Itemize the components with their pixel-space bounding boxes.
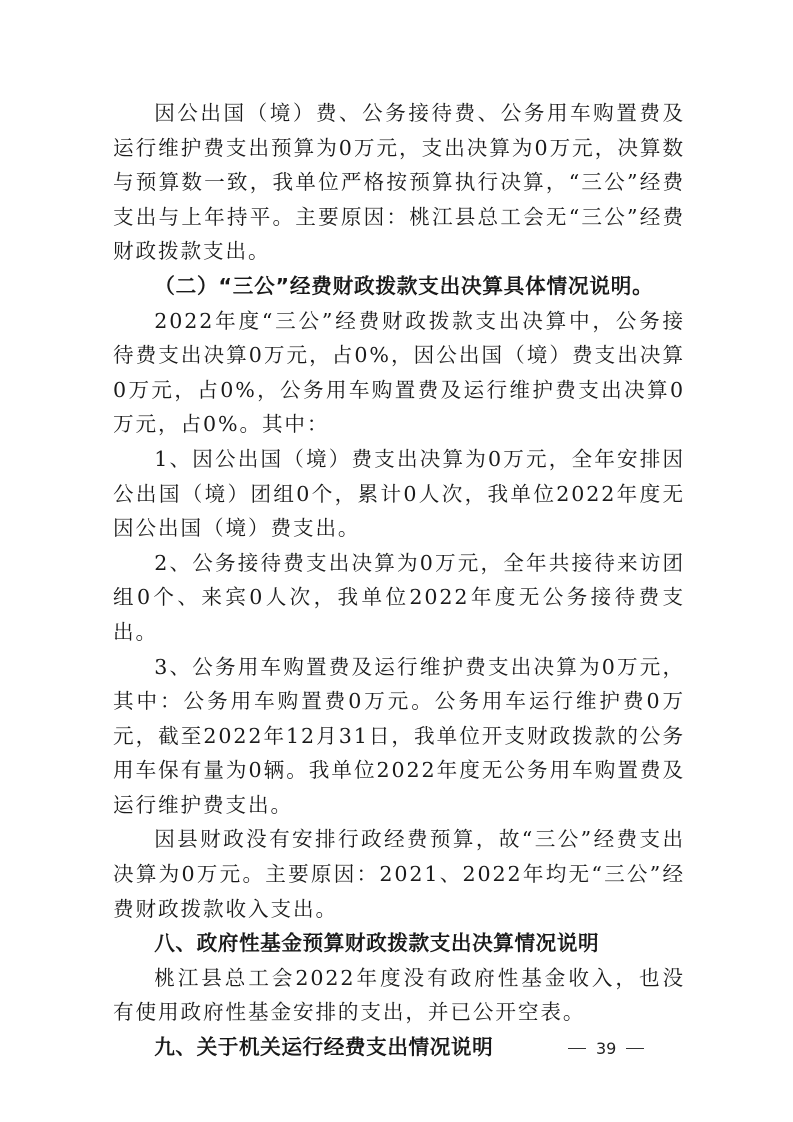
paragraph-three-public-summary: 因公出国（境）费、公务接待费、公务用车购置费及运行维护费支出预算为0万元，支出决… bbox=[113, 96, 685, 269]
paragraph-vehicle-expense: 3、公务用车购置费及运行维护费支出决算为0万元，其中：公务用车购置费0万元。公务… bbox=[113, 650, 685, 823]
dash-right bbox=[626, 1048, 644, 1049]
paragraph-government-fund: 桃江县总工会2022年度没有政府性基金收入，也没有使用政府性基金安排的支出，并已… bbox=[113, 961, 685, 1030]
document-body: 因公出国（境）费、公务接待费、公务用车购置费及运行维护费支出预算为0万元，支出决… bbox=[113, 96, 685, 1065]
dash-left bbox=[568, 1048, 586, 1049]
paragraph-reception-expense: 2、公务接待费支出决算为0万元，全年共接待来访团组0个、来宾0人次，我单位202… bbox=[113, 546, 685, 650]
paragraph-overseas-expense: 1、因公出国（境）费支出决算为0万元，全年安排因公出国（境）团组0个，累计0人次… bbox=[113, 442, 685, 546]
page-number-footer: 39 bbox=[568, 1039, 644, 1058]
paragraph-three-public-breakdown: 2022年度“三公”经费财政拨款支出决算中，公务接待费支出决算0万元，占0%，因… bbox=[113, 304, 685, 442]
document-page: 因公出国（境）费、公务接待费、公务用车购置费及运行维护费支出预算为0万元，支出决… bbox=[0, 0, 793, 1122]
paragraph-no-admin-budget: 因县财政没有安排行政经费预算，故“三公”经费支出决算为0万元。主要原因：2021… bbox=[113, 822, 685, 926]
heading-section-8: 八、政府性基金预算财政拨款支出决算情况说明 bbox=[113, 926, 685, 961]
page-number: 39 bbox=[596, 1039, 616, 1058]
subheading-three-public-details: （二）“三公”经费财政拨款支出决算具体情况说明。 bbox=[113, 269, 685, 304]
